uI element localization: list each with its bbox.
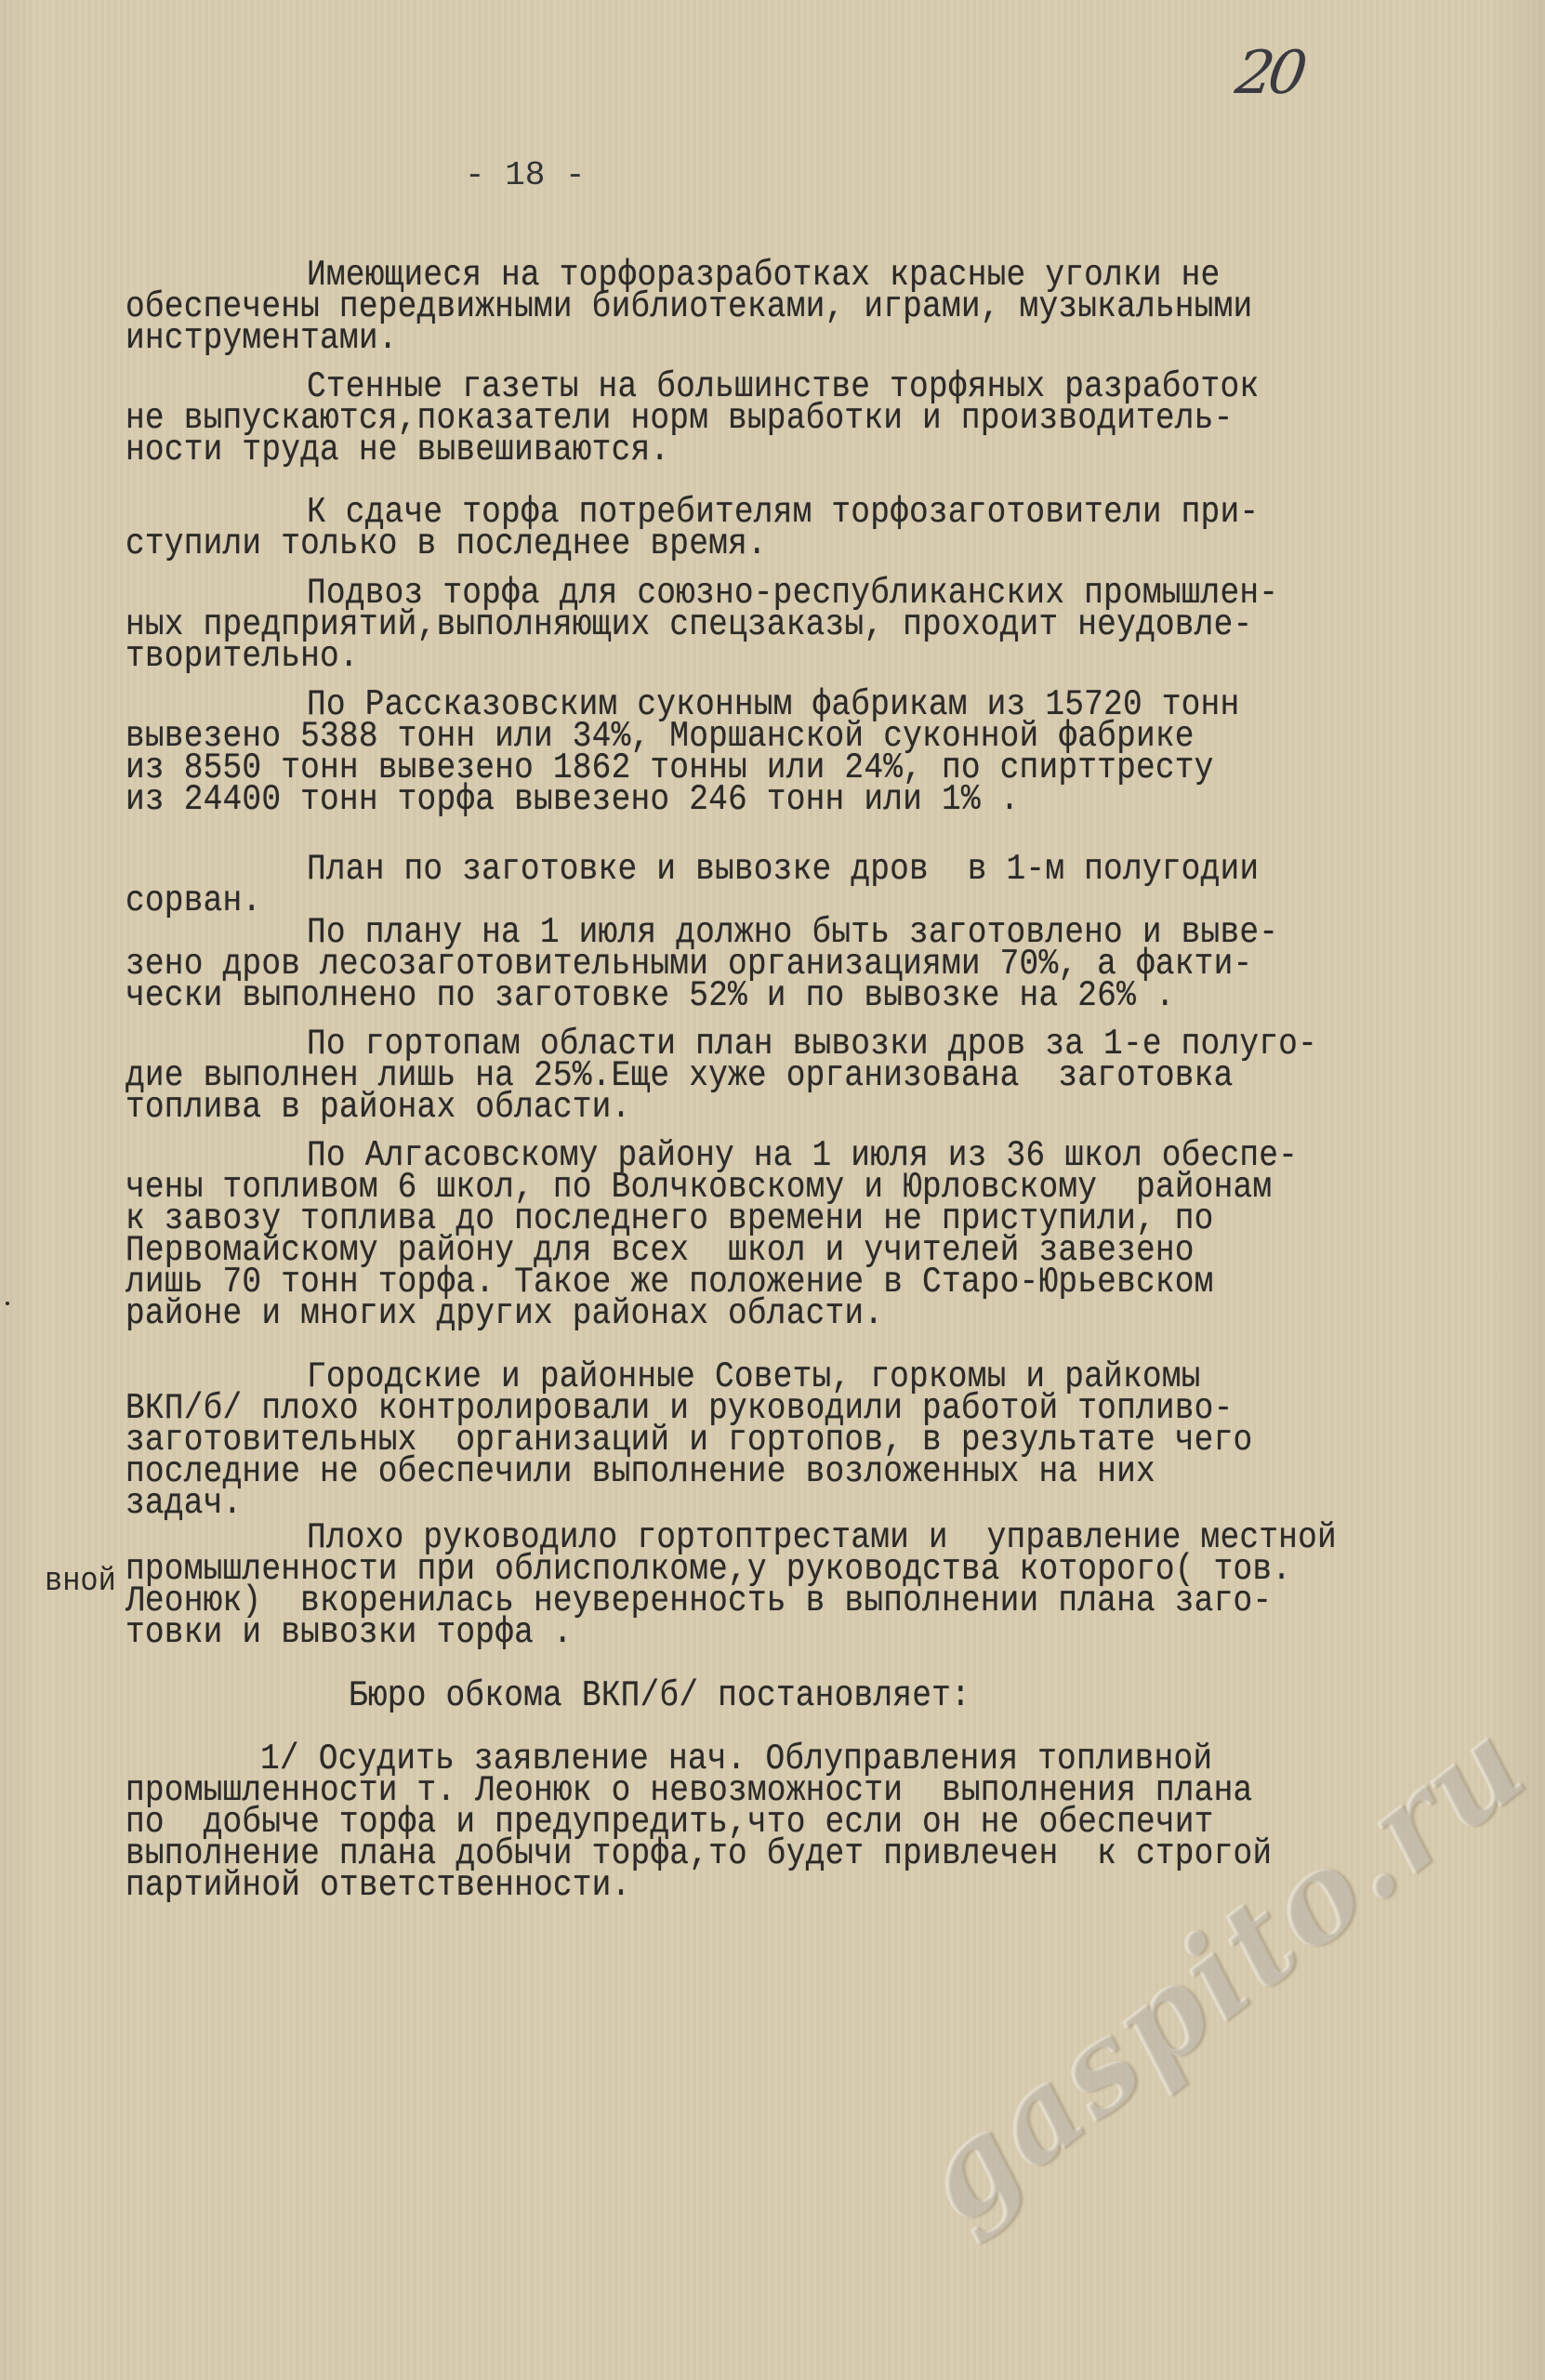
text-line: чески выполнено по заготовке 52% и по вы… xyxy=(125,979,1175,1014)
text-line: партийной ответственности. xyxy=(125,1869,631,1904)
text-line: ности труда не вывешиваются. xyxy=(125,433,669,469)
text-line: товки и вывозки торфа . xyxy=(125,1616,573,1651)
text-line: задач. xyxy=(125,1487,242,1522)
resolution-heading: Бюро обкома ВКП/б/ постановляет: xyxy=(349,1679,971,1714)
text-line: районе и многих других районах области. xyxy=(125,1297,883,1332)
archive-sheet-number: 20 xyxy=(1232,39,1306,108)
text-line: последние не обеспечили выполнение возло… xyxy=(125,1455,1155,1490)
margin-note: вной xyxy=(45,1562,116,1600)
text-line: из 24400 тонн торфа вывезено 246 тонн ил… xyxy=(125,783,1020,818)
text-line: План по заготовке и вывозке дров в 1-м п… xyxy=(307,853,1259,888)
page-number: - 18 - xyxy=(465,156,586,194)
text-line: инструментами. xyxy=(125,322,398,357)
text-line: творительно. xyxy=(125,640,359,675)
stray-ink-mark xyxy=(6,1302,9,1305)
text-line: топлива в районах области. xyxy=(125,1091,631,1126)
text-line: сорван. xyxy=(125,884,261,919)
text-line: ступили только в последнее время. xyxy=(125,527,767,562)
